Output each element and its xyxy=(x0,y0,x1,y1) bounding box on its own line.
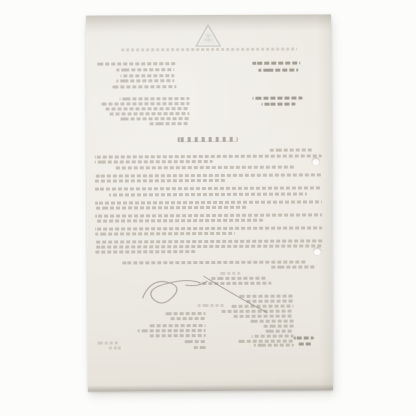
text-line xyxy=(210,277,266,280)
text-layer xyxy=(86,14,333,391)
text-line xyxy=(234,315,294,318)
text-line xyxy=(222,310,294,313)
text-line xyxy=(95,160,213,164)
text-line xyxy=(150,324,206,327)
text-line xyxy=(120,74,174,77)
text-line xyxy=(116,68,174,71)
text-line xyxy=(232,305,294,308)
text-line xyxy=(258,69,298,72)
text-line xyxy=(95,62,175,65)
text-line xyxy=(95,213,322,217)
text-line xyxy=(184,340,206,343)
text-line xyxy=(138,329,206,332)
text-line xyxy=(101,102,189,105)
text-line xyxy=(252,97,302,100)
text-line xyxy=(238,340,294,343)
paper-bottom-edge xyxy=(88,384,333,391)
text-line xyxy=(119,97,189,100)
text-line xyxy=(218,272,240,275)
text-line xyxy=(254,344,294,347)
text-line xyxy=(150,122,190,125)
text-line xyxy=(96,341,118,344)
text-line xyxy=(238,295,293,298)
text-line xyxy=(95,244,322,248)
text-line xyxy=(95,232,235,236)
text-line xyxy=(95,206,247,210)
text-line xyxy=(270,148,314,151)
text-line xyxy=(298,342,312,345)
text-line xyxy=(178,137,238,142)
text-line xyxy=(105,107,189,110)
product-photo xyxy=(0,0,416,416)
text-line xyxy=(95,154,322,158)
text-line xyxy=(115,166,295,170)
text-line xyxy=(252,62,300,65)
text-line xyxy=(294,336,314,339)
text-line xyxy=(95,173,322,177)
text-line xyxy=(95,226,322,230)
text-line xyxy=(109,192,307,196)
text-line xyxy=(95,186,322,190)
text-line xyxy=(120,117,190,120)
text-line xyxy=(192,346,206,349)
text-line xyxy=(116,79,174,82)
punch-hole xyxy=(313,247,321,255)
text-line xyxy=(95,250,195,254)
punch-hole xyxy=(312,157,320,165)
text-line xyxy=(121,48,297,52)
text-line xyxy=(246,300,294,303)
text-line xyxy=(166,312,206,315)
text-line xyxy=(95,219,263,223)
text-line xyxy=(252,335,294,338)
text-line xyxy=(266,330,294,333)
text-line xyxy=(110,112,190,115)
text-line xyxy=(170,317,206,320)
text-line xyxy=(198,304,226,307)
text-line xyxy=(262,325,294,328)
text-line xyxy=(270,265,315,268)
text-line xyxy=(150,334,206,337)
text-line xyxy=(122,260,307,264)
document-paper xyxy=(86,14,333,391)
text-line xyxy=(109,346,123,349)
text-line xyxy=(95,239,322,243)
text-line xyxy=(95,179,227,183)
text-line xyxy=(112,85,176,88)
text-line xyxy=(95,200,322,204)
text-line xyxy=(249,320,294,323)
text-line xyxy=(199,282,271,285)
text-line xyxy=(261,103,295,106)
